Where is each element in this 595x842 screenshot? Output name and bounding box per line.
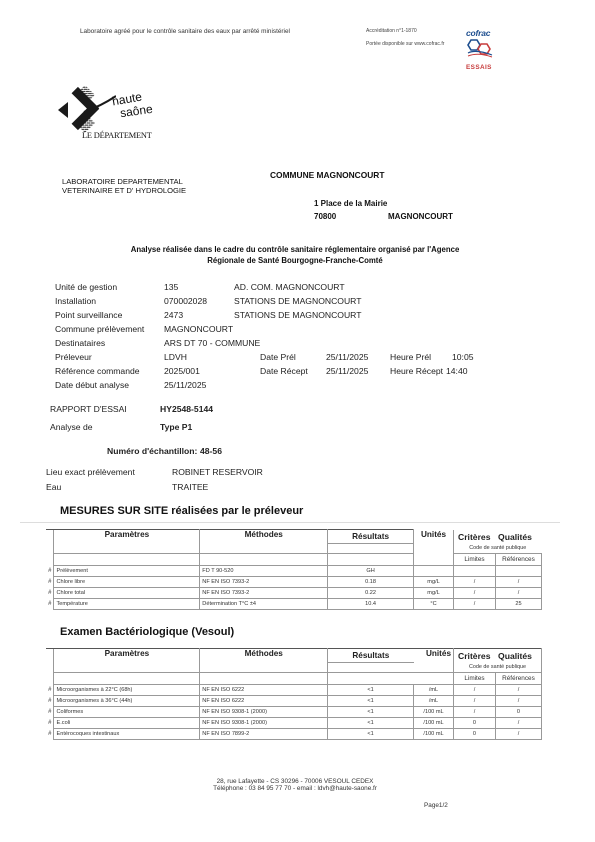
unit-cell — [414, 566, 454, 577]
method-cell: NF EN ISO 6222 — [200, 696, 328, 707]
method-cell: FD T 90-520 — [200, 566, 328, 577]
lieu-value: ROBINET RESERVOIR — [172, 467, 263, 477]
section-divider — [20, 522, 560, 523]
commune-value: MAGNONCOURT — [164, 324, 233, 334]
param-cell: Coliformes — [54, 707, 200, 718]
unite-name: AD. COM. MAGNONCOURT — [234, 282, 345, 292]
method-cell: NF EN ISO 9308-1 (2000) — [200, 707, 328, 718]
date-recept-value: 25/11/2025 — [326, 366, 368, 376]
criteres-qualites-header: Critères Qualités — [454, 649, 542, 663]
table-row: # Coliformes NF EN ISO 9308-1 (2000) <1 … — [46, 707, 542, 718]
lab-name: LABORATOIRE DEPARTEMENTAL VETERINAIRE ET… — [62, 177, 186, 196]
preleveur-value: LDVH — [164, 352, 187, 362]
intro-line1: Analyse réalisée dans le cadre du contrô… — [40, 245, 550, 256]
reference-value: 2025/001 — [164, 366, 200, 376]
ref-cell: / — [495, 577, 541, 588]
header-limites: Limites — [454, 673, 496, 685]
param-cell: Entérocoques intestinaux — [54, 729, 200, 740]
logo-saone: saône — [119, 102, 153, 120]
heure-prel-value: 10:05 — [452, 352, 474, 362]
table-row: # Entérocoques intestinaux NF EN ISO 789… — [46, 729, 542, 740]
header-methodes: Méthodes — [200, 649, 328, 673]
header-resultats: Résultats — [328, 649, 414, 663]
eau-value: TRAITEE — [172, 482, 208, 492]
bacterio-title: Examen Bactériologique (Vesoul) — [60, 626, 234, 638]
param-cell: Prélèvement — [54, 566, 200, 577]
header-parametres: Paramètres — [54, 530, 200, 554]
recipient-city: MAGNONCOURT — [388, 212, 453, 221]
method-cell: NF EN ISO 7393-2 — [200, 577, 328, 588]
param-cell: Chlore libre — [54, 577, 200, 588]
heure-recept-value: 14:40 — [446, 366, 468, 376]
unit-cell: /100 mL — [414, 718, 454, 729]
unite-label: Unité de gestion — [55, 282, 117, 292]
limit-cell: 0 — [454, 718, 496, 729]
point-name: STATIONS DE MAGNONCOURT — [234, 310, 361, 320]
date-debut-label: Date début analyse — [55, 380, 129, 390]
bacterio-table: Paramètres Méthodes Résultats Unités Cri… — [46, 648, 542, 740]
analyse-label: Analyse de — [50, 422, 93, 432]
ref-cell: 25 — [495, 599, 541, 610]
header-references: Références — [495, 673, 541, 685]
heure-prel-label: Heure Prél — [390, 352, 431, 362]
param-cell: Microorganismes à 36°C (44h) — [54, 696, 200, 707]
haute-saone-logo: haute saône LE DÉPARTEMENT — [56, 86, 186, 144]
table-row: # Microorganismes à 36°C (44h) NF EN ISO… — [46, 696, 542, 707]
unit-cell: °C — [414, 599, 454, 610]
logo-department: LE DÉPARTEMENT — [82, 131, 152, 140]
footer-address-block: 28, rue Lafayette - CS 30296 - 70006 VES… — [160, 778, 430, 792]
page-number: Page1/2 — [424, 802, 448, 809]
method-cell: NF EN ISO 7393-2 — [200, 588, 328, 599]
unit-cell: /mL — [414, 685, 454, 696]
table-row: # E.coli NF EN ISO 9308-1 (2000) <1 /100… — [46, 718, 542, 729]
unit-cell: /100 mL — [414, 729, 454, 740]
limit-cell: / — [454, 599, 496, 610]
header-code-sante: Code de santé publique — [454, 544, 542, 554]
limit-cell: / — [454, 696, 496, 707]
footer-address: 28, rue Lafayette - CS 30296 - 70006 VES… — [160, 778, 430, 785]
result-cell: <1 — [328, 685, 414, 696]
rapport-label: RAPPORT D'ESSAI — [50, 404, 127, 414]
scope-note: Portée disponible sur www.cofrac.fr — [366, 41, 444, 47]
method-cell: NF EN ISO 7899-2 — [200, 729, 328, 740]
ref-cell: 0 — [495, 707, 541, 718]
destinataires-label: Destinataires — [55, 338, 105, 348]
unit-cell: /100 mL — [414, 707, 454, 718]
ref-cell: / — [495, 588, 541, 599]
row-mark: # — [46, 566, 54, 577]
header-resultats: Résultats — [328, 530, 414, 544]
unit-cell: mg/L — [414, 577, 454, 588]
site-measures-title: MESURES SUR SITE réalisées par le prélev… — [60, 505, 303, 517]
intro-line2: Régionale de Santé Bourgogne-Franche-Com… — [40, 256, 550, 267]
eau-label: Eau — [46, 482, 61, 492]
echantillon-label: Numéro d'échantillon: — [107, 446, 197, 456]
row-mark: # — [46, 707, 54, 718]
header-unites: Unités — [414, 649, 454, 673]
destinataires-value: ARS DT 70 - COMMUNE — [164, 338, 260, 348]
header-unites: Unités — [414, 530, 454, 566]
header-criteres: Critères — [458, 532, 490, 542]
row-mark: # — [46, 577, 54, 588]
result-cell: 0.22 — [328, 588, 414, 599]
ref-cell: / — [495, 696, 541, 707]
installation-label: Installation — [55, 296, 96, 306]
unite-code: 135 — [164, 282, 178, 292]
criteres-qualites-header: Critères Qualités — [454, 530, 542, 544]
accreditation-number: Accréditation n°1-1870 — [366, 28, 417, 34]
ref-cell: / — [495, 685, 541, 696]
result-cell: GH — [328, 566, 414, 577]
header-parametres: Paramètres — [54, 649, 200, 673]
result-cell: 0.18 — [328, 577, 414, 588]
result-cell: <1 — [328, 707, 414, 718]
param-cell: Température — [54, 599, 200, 610]
footer-contact: Téléphone : 03 84 95 77 70 - email : ldv… — [160, 785, 430, 792]
unit-cell: mg/L — [414, 588, 454, 599]
installation-code: 070002028 — [164, 296, 207, 306]
header-criteres: Critères — [458, 651, 490, 661]
recipient-street: 1 Place de la Mairie — [314, 199, 387, 208]
cofrac-essais: ESSAIS — [466, 64, 496, 71]
result-cell: <1 — [328, 696, 414, 707]
date-debut-value: 25/11/2025 — [164, 380, 206, 390]
param-cell: Chlore total — [54, 588, 200, 599]
date-prel-label: Date Prél — [260, 352, 296, 362]
result-cell: <1 — [328, 729, 414, 740]
unit-cell: /mL — [414, 696, 454, 707]
row-mark: # — [46, 696, 54, 707]
header-qualites: Qualités — [498, 532, 532, 542]
row-mark: # — [46, 685, 54, 696]
row-mark: # — [46, 599, 54, 610]
approval-note: Laboratoire agréé pour le contrôle sanit… — [80, 28, 290, 35]
header-code-sante: Code de santé publique — [454, 663, 542, 673]
limit-cell: / — [454, 588, 496, 599]
method-cell: NF EN ISO 6222 — [200, 685, 328, 696]
ref-cell — [495, 566, 541, 577]
table-row: # Prélèvement FD T 90-520 GH — [46, 566, 542, 577]
echantillon-value: 48-56 — [200, 446, 222, 456]
row-mark: # — [46, 729, 54, 740]
table-row: # Microorganismes à 22°C (68h) NF EN ISO… — [46, 685, 542, 696]
recipient-name: COMMUNE MAGNONCOURT — [270, 170, 384, 180]
analysis-intro: Analyse réalisée dans le cadre du contrô… — [40, 245, 550, 267]
reference-label: Référence commande — [55, 366, 140, 376]
limit-cell: / — [454, 707, 496, 718]
limit-cell: / — [454, 577, 496, 588]
limit-cell: 0 — [454, 729, 496, 740]
row-mark: # — [46, 718, 54, 729]
result-cell: 10.4 — [328, 599, 414, 610]
param-cell: Microorganismes à 22°C (68h) — [54, 685, 200, 696]
method-cell: NF EN ISO 9308-1 (2000) — [200, 718, 328, 729]
result-cell: <1 — [328, 718, 414, 729]
heure-recept-label: Heure Récept — [390, 366, 443, 376]
table-row: # Chlore libre NF EN ISO 7393-2 0.18 mg/… — [46, 577, 542, 588]
cofrac-name: cofrac — [466, 28, 496, 38]
point-code: 2473 — [164, 310, 183, 320]
ref-cell: / — [495, 729, 541, 740]
table-row: # Température Détermination T°C ±4 10.4 … — [46, 599, 542, 610]
lab-name-line1: LABORATOIRE DEPARTEMENTAL — [62, 177, 186, 186]
installation-name: STATIONS DE MAGNONCOURT — [234, 296, 361, 306]
cofrac-hexagon-icon — [466, 38, 494, 58]
lieu-label: Lieu exact prélèvement — [46, 467, 135, 477]
header-references: Références — [495, 554, 541, 566]
table-row: # Chlore total NF EN ISO 7393-2 0.22 mg/… — [46, 588, 542, 599]
cofrac-logo: cofrac ESSAIS — [466, 28, 496, 74]
site-measures-table: Paramètres Méthodes Résultats Unités Cri… — [46, 529, 542, 610]
header-methodes: Méthodes — [200, 530, 328, 554]
preleveur-label: Préleveur — [55, 352, 92, 362]
header-qualites: Qualités — [498, 651, 532, 661]
param-cell: E.coli — [54, 718, 200, 729]
analyse-value: Type P1 — [160, 422, 192, 432]
header-limites: Limites — [454, 554, 496, 566]
method-cell: Détermination T°C ±4 — [200, 599, 328, 610]
limit-cell — [454, 566, 496, 577]
point-label: Point surveillance — [55, 310, 122, 320]
date-recept-label: Date Récept — [260, 366, 308, 376]
date-prel-value: 25/11/2025 — [326, 352, 368, 362]
commune-label: Commune prélèvement — [55, 324, 144, 334]
limit-cell: / — [454, 685, 496, 696]
row-mark: # — [46, 588, 54, 599]
lab-name-line2: VETERINAIRE ET D' HYDROLOGIE — [62, 186, 186, 195]
recipient-postcode: 70800 — [314, 212, 336, 221]
ref-cell: / — [495, 718, 541, 729]
rapport-value: HY2548-5144 — [160, 404, 213, 414]
